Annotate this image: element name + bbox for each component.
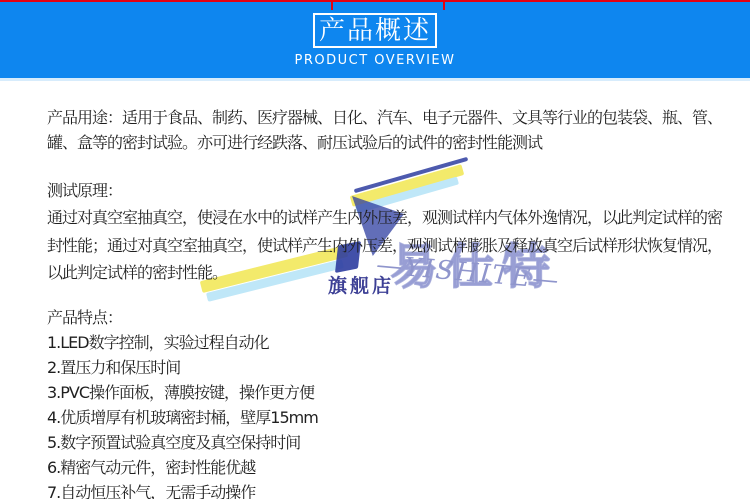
principle-line: 封性能；通过对真空室抽真空，使试样产生内外压差，观测试样膨胀及释放真空后试样形状…	[47, 233, 737, 258]
principle-line: 通过对真空室抽真空，使浸在水中的试样产生内外压差，观测试样内气体外逸情况，以此判…	[47, 205, 737, 230]
feature-item: 4.优质增厚有机玻璃密封桶，壁厚15mm	[47, 405, 737, 430]
feature-item: 6.精密气动元件，密封性能优越	[47, 455, 737, 480]
feature-item: 3.PVC操作面板，薄膜按键，操作更方便	[47, 380, 737, 405]
features-heading: 产品特点：	[47, 305, 737, 330]
usage-line: 产品用途：适用于食品、制药、医疗器械、日化、汽车、电子元器件、文具等行业的包装袋…	[47, 105, 737, 130]
usage-line: 罐、盒等的密封试验。亦可进行经跌落、耐压试验后的试件的密封性能测试	[47, 130, 737, 155]
feature-item: 5.数字预置试验真空度及真空保持时间	[47, 430, 737, 455]
principle-line: 以此判定试样的密封性能。	[47, 260, 737, 285]
feature-item: 2.置压力和保压时间	[47, 355, 737, 380]
feature-item: 1.LED数字控制，实验过程自动化	[47, 330, 737, 355]
feature-item: 7.自动恒压补气，无需手动操作	[47, 480, 737, 499]
principle-heading: 测试原理：	[47, 178, 737, 203]
product-overview-page: 产品概述 PRODUCT OVERVIEW 易仕特 旗舰店 —YISHITE— …	[0, 0, 750, 499]
